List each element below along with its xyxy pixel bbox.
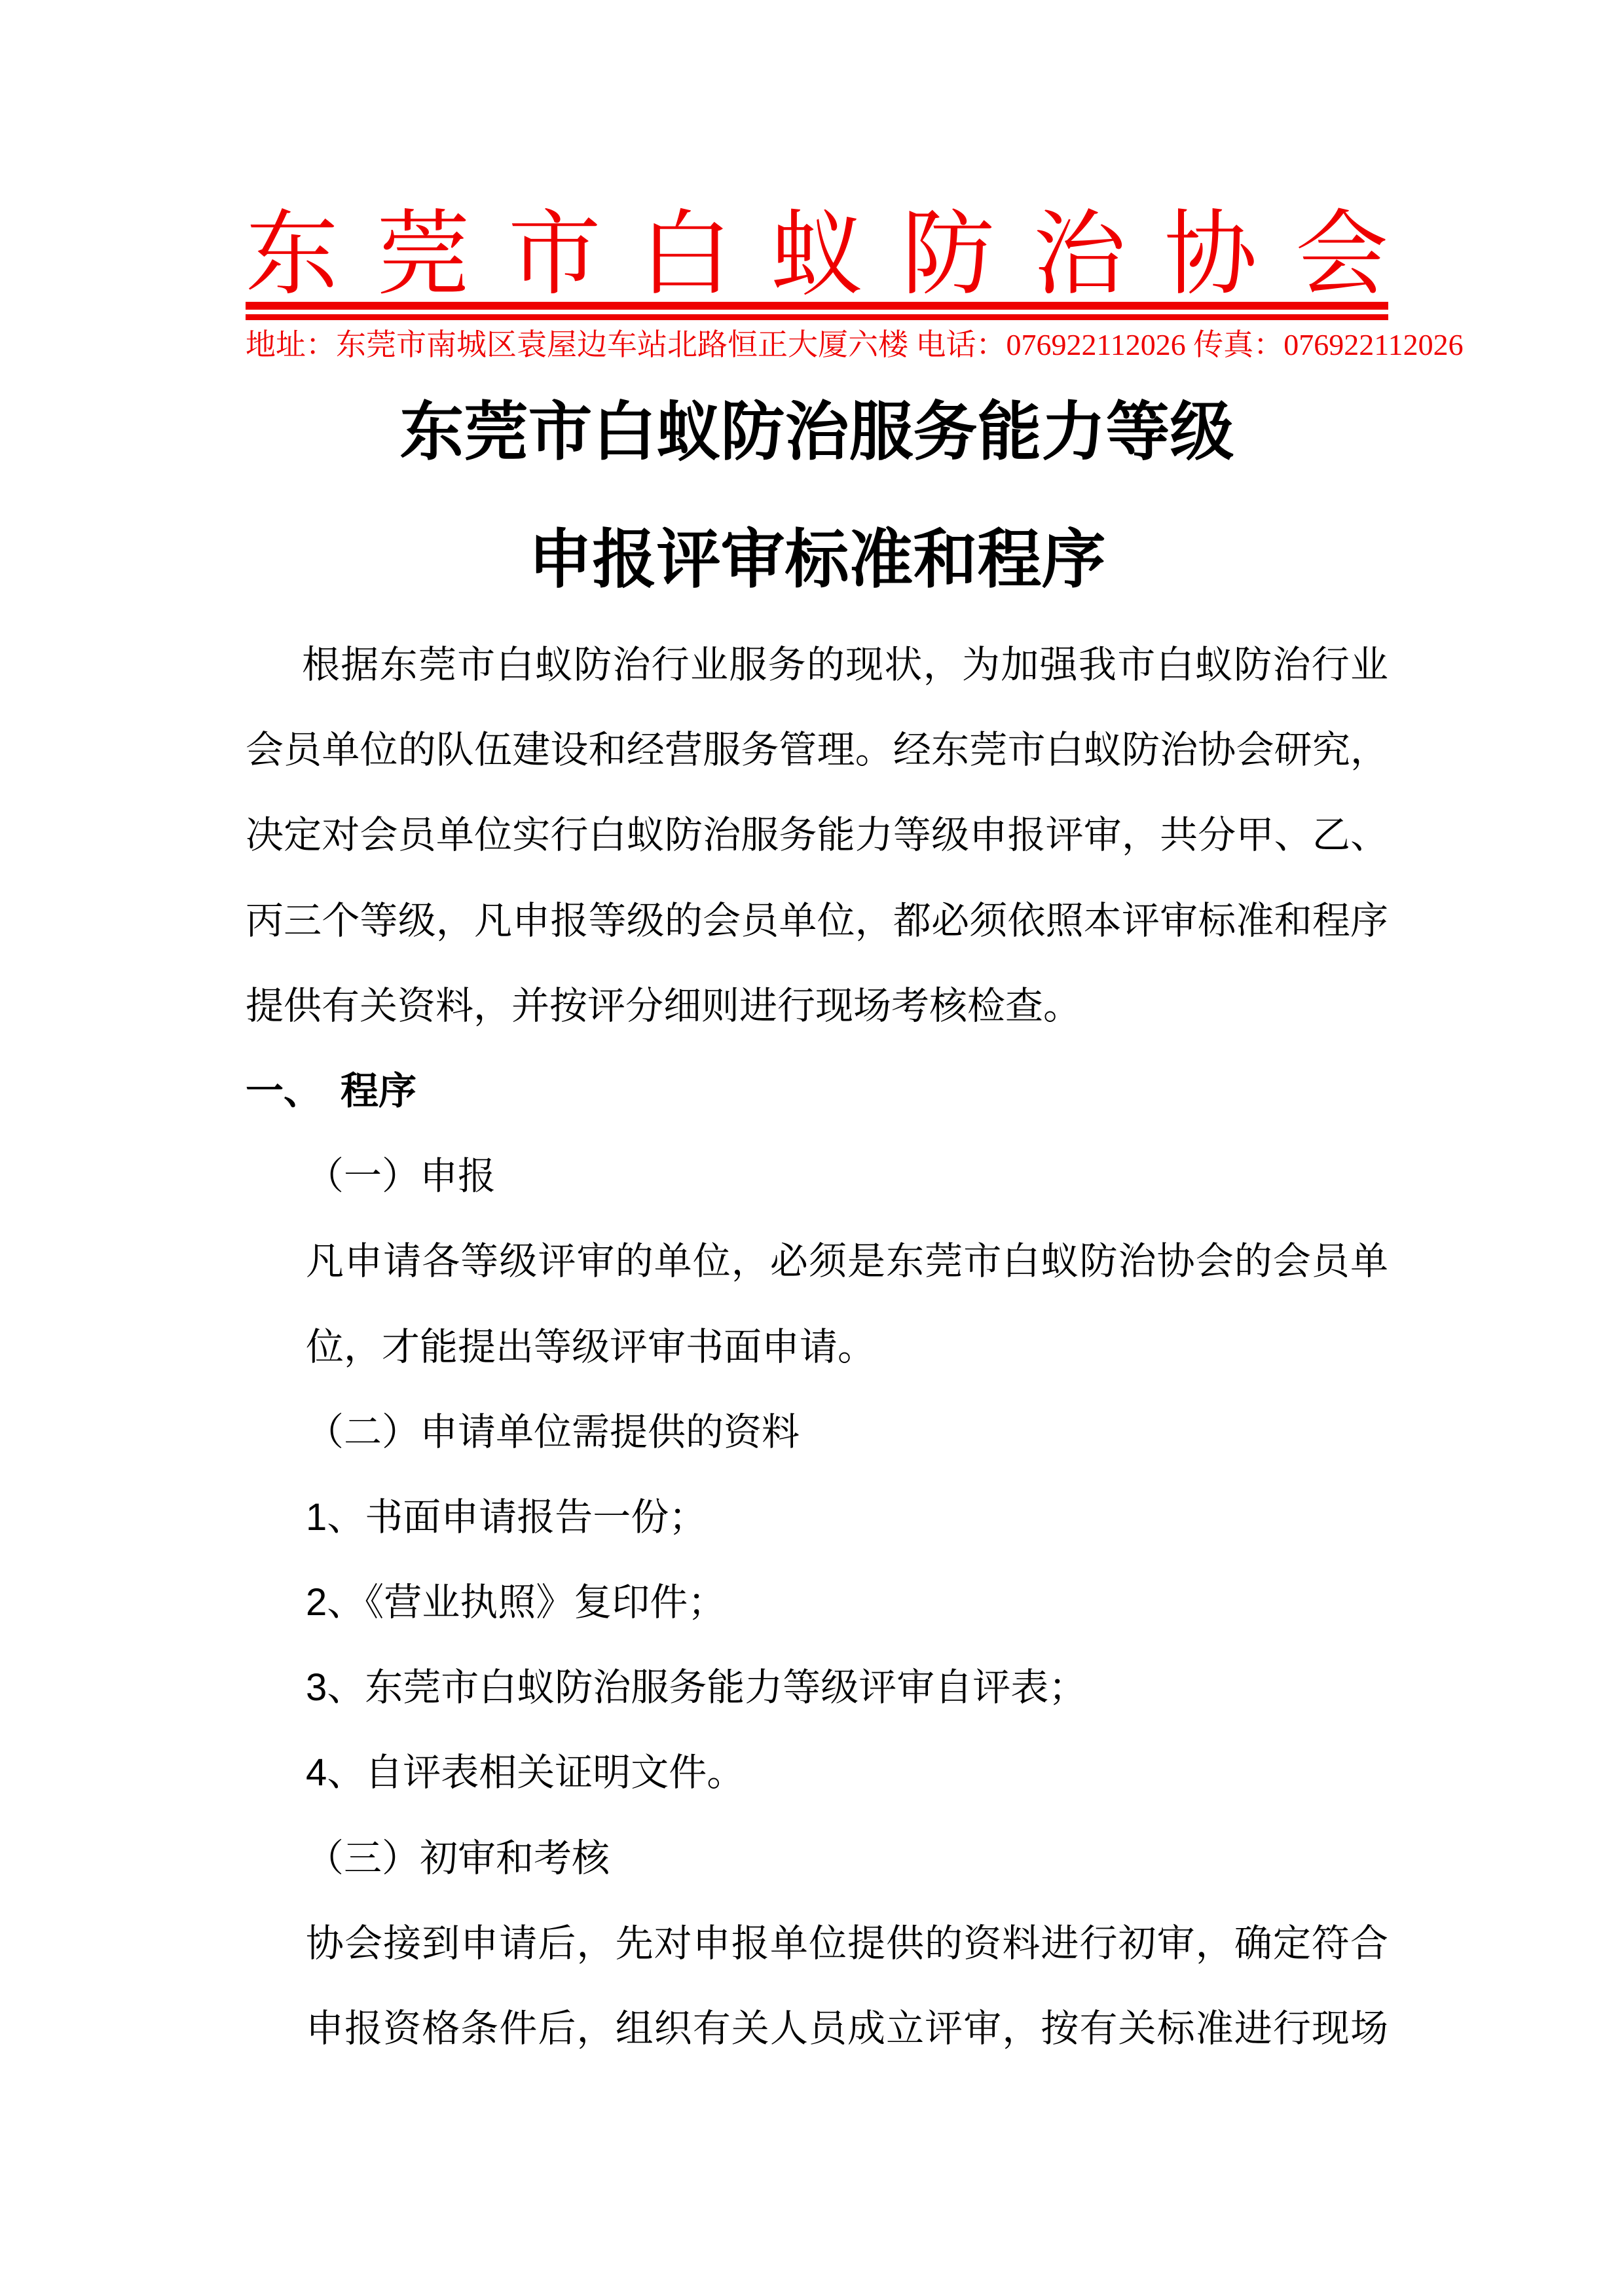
intro-line: 丙三个等级，凡申报等级的会员单位，都必须依照本评审标准和程序 <box>246 879 1388 964</box>
intro-line: 提供有关资料，并按评分细则进行现场考核检查。 <box>246 964 1388 1049</box>
letterhead-rule-thick <box>246 302 1388 310</box>
doc-title-line2: 申报评审标准和程序 <box>246 518 1388 600</box>
list-item: 2、《营业执照》复印件； <box>246 1560 1388 1645</box>
subsection-heading-materials: （二）申请单位需提供的资料 <box>246 1390 1388 1475</box>
subsection-heading-review: （三）初审和考核 <box>246 1816 1388 1901</box>
body-line: 位，才能提出等级评审书面申请。 <box>246 1305 1388 1390</box>
section-heading-procedure: 一、 程序 <box>246 1049 1388 1134</box>
doc-title-line1: 东莞市白蚁防治服务能力等级 <box>246 390 1388 473</box>
list-item: 1、书面申请报告一份； <box>246 1475 1388 1560</box>
intro-line: 根据东莞市白蚁防治行业服务的现状，为加强我市白蚁防治行业 <box>246 623 1388 708</box>
body-line: 凡申请各等级评审的单位，必须是东莞市白蚁防治协会的会员单 <box>246 1219 1388 1304</box>
document-body: 根据东莞市白蚁防治行业服务的现状，为加强我市白蚁防治行业会员单位的队伍建设和经营… <box>246 623 1388 2071</box>
intro-line: 会员单位的队伍建设和经营服务管理。经东莞市白蚁防治协会研究， <box>246 708 1388 793</box>
list-item: 3、东莞市白蚁防治服务能力等级评审自评表； <box>246 1645 1388 1730</box>
org-title: 东 莞 市 白 蚁 防 治 协 会 <box>246 208 1388 301</box>
subsection-heading-declare: （一）申报 <box>246 1134 1388 1219</box>
letterhead-contact-line: 地址：东莞市南城区袁屋边车站北路恒正大厦六楼 电话：076922112026 传… <box>246 327 1388 363</box>
intro-line: 决定对会员单位实行白蚁防治服务能力等级申报评审，共分甲、乙、 <box>246 793 1388 878</box>
body-line: 申报资格条件后，组织有关人员成立评审，按有关标准进行现场 <box>246 1986 1388 2071</box>
letterhead-rule-thin <box>246 314 1388 320</box>
body-line: 协会接到申请后，先对申报单位提供的资料进行初审，确定符合 <box>246 1901 1388 1986</box>
list-item: 4、自评表相关证明文件。 <box>246 1730 1388 1815</box>
document-page: 东 莞 市 白 蚁 防 治 协 会 地址：东莞市南城区袁屋边车站北路恒正大厦六楼… <box>0 0 1624 2296</box>
